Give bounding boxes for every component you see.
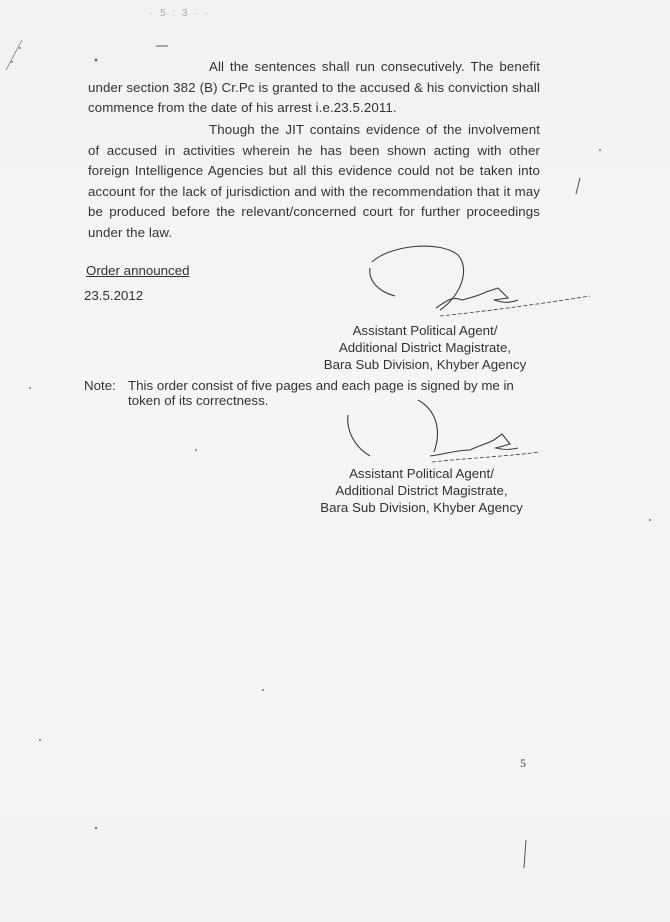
signature-2-icon bbox=[348, 400, 540, 462]
scan-noise-lines bbox=[6, 40, 580, 868]
scan-noise-marks bbox=[11, 47, 651, 829]
signature-1-icon bbox=[370, 246, 590, 316]
handwritten-signature-marks bbox=[0, 0, 670, 922]
scanned-document-page: · 5 : 3 · · All the sentences shall run … bbox=[0, 0, 670, 922]
